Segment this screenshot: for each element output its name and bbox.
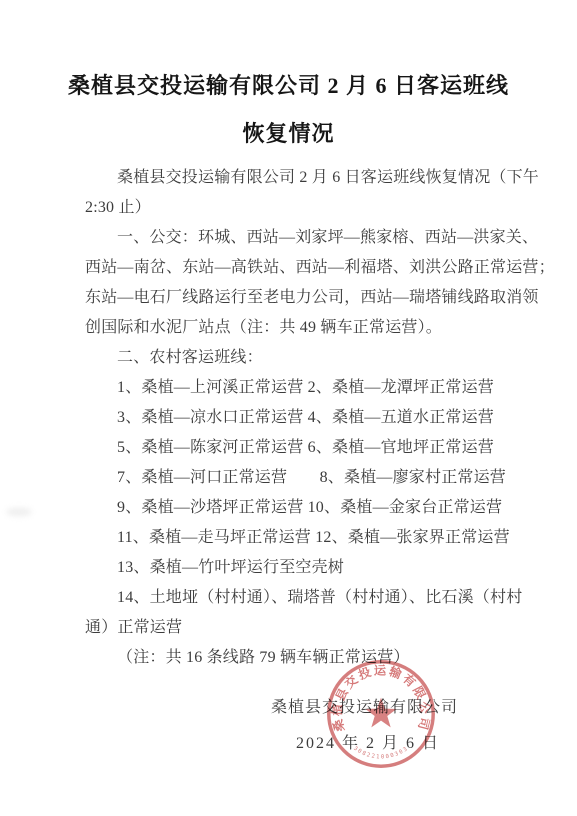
seal-star-icon bbox=[365, 698, 396, 728]
body-line: 11、桑植—走马坪正常运营 12、桑植—张家界正常运营 bbox=[85, 523, 517, 553]
body-line: 9、桑植—沙塔坪正常运营 10、桑植—金家台正常运营 bbox=[85, 493, 517, 523]
body-line: 2:30 止） bbox=[85, 193, 517, 223]
document-body: 桑植县交投运输有限公司 2 月 6 日客运班线恢复情况（下午 2:30 止） 一… bbox=[85, 163, 517, 673]
body-line: 通）正常运营 bbox=[85, 613, 517, 643]
body-line: 创国际和水泥厂站点（注：共 49 辆车正常运营）。 bbox=[85, 313, 517, 343]
official-seal: 桑植县交投运输有限公司 43082210003036 bbox=[323, 656, 439, 772]
body-line: 7、桑植—河口正常运营 8、桑植—廖家村正常运营 bbox=[85, 463, 517, 493]
document-title: 桑植县交投运输有限公司 2 月 6 日客运班线 恢复情况 bbox=[0, 62, 577, 158]
body-line: 1、桑植—上河溪正常运营 2、桑植—龙潭坪正常运营 bbox=[85, 373, 517, 403]
seal-ring-text: 桑植县交投运输有限公司 bbox=[329, 662, 432, 733]
body-line: 14、土地垭（村村通）、瑞塔普（村村通）、比石溪（村村 bbox=[85, 583, 517, 613]
body-line: 二、农村客运班线： bbox=[85, 343, 517, 373]
body-line: 一、公交：环城、西站—刘家坪—熊家榕、西站—洪家关、 bbox=[85, 223, 517, 253]
body-line: 13、桑植—竹叶坪运行至空壳树 bbox=[85, 553, 517, 583]
scan-artifact bbox=[6, 508, 32, 516]
body-line: 西站—南岔、东站—高铁站、西站—利福塔、刘洪公路正常运营； bbox=[85, 253, 517, 283]
title-line-1: 桑植县交投运输有限公司 2 月 6 日客运班线 bbox=[0, 62, 577, 110]
title-line-2: 恢复情况 bbox=[0, 110, 577, 158]
body-line: 桑植县交投运输有限公司 2 月 6 日客运班线恢复情况（下午 bbox=[85, 163, 517, 193]
body-line: 3、桑植—凉水口正常运营 4、桑植—五道水正常运营 bbox=[85, 403, 517, 433]
body-line: （注：共 16 条线路 79 辆车辆正常运营） bbox=[85, 643, 517, 673]
document-page: 桑植县交投运输有限公司 2 月 6 日客运班线 恢复情况 桑植县交投运输有限公司… bbox=[0, 0, 577, 816]
body-line: 5、桑植—陈家河正常运营 6、桑植—官地坪正常运营 bbox=[85, 433, 517, 463]
body-line: 东站—电石厂线路运行至老电力公司，西站—瑞塔铺线路取消领 bbox=[85, 283, 517, 313]
